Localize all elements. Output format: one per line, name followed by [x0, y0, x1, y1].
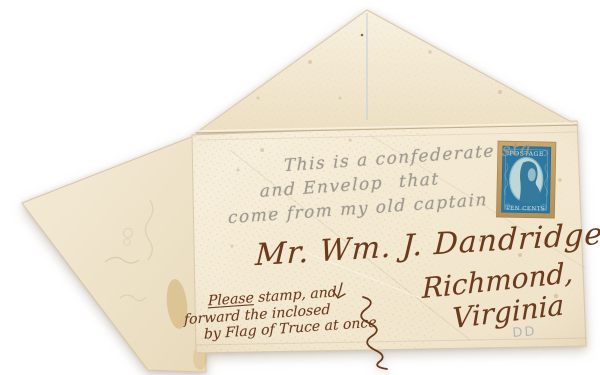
docket-underlined-word: Please — [208, 290, 254, 309]
top-flap — [196, 10, 577, 140]
photo-of-confederate-cover: POSTAGE TEN CENTS This is a confederate … — [0, 0, 600, 375]
left-flap — [22, 136, 207, 372]
pencil-note-line2b: that — [399, 169, 440, 192]
dark-speck — [361, 34, 364, 37]
pencil-initials: DD — [512, 324, 537, 341]
